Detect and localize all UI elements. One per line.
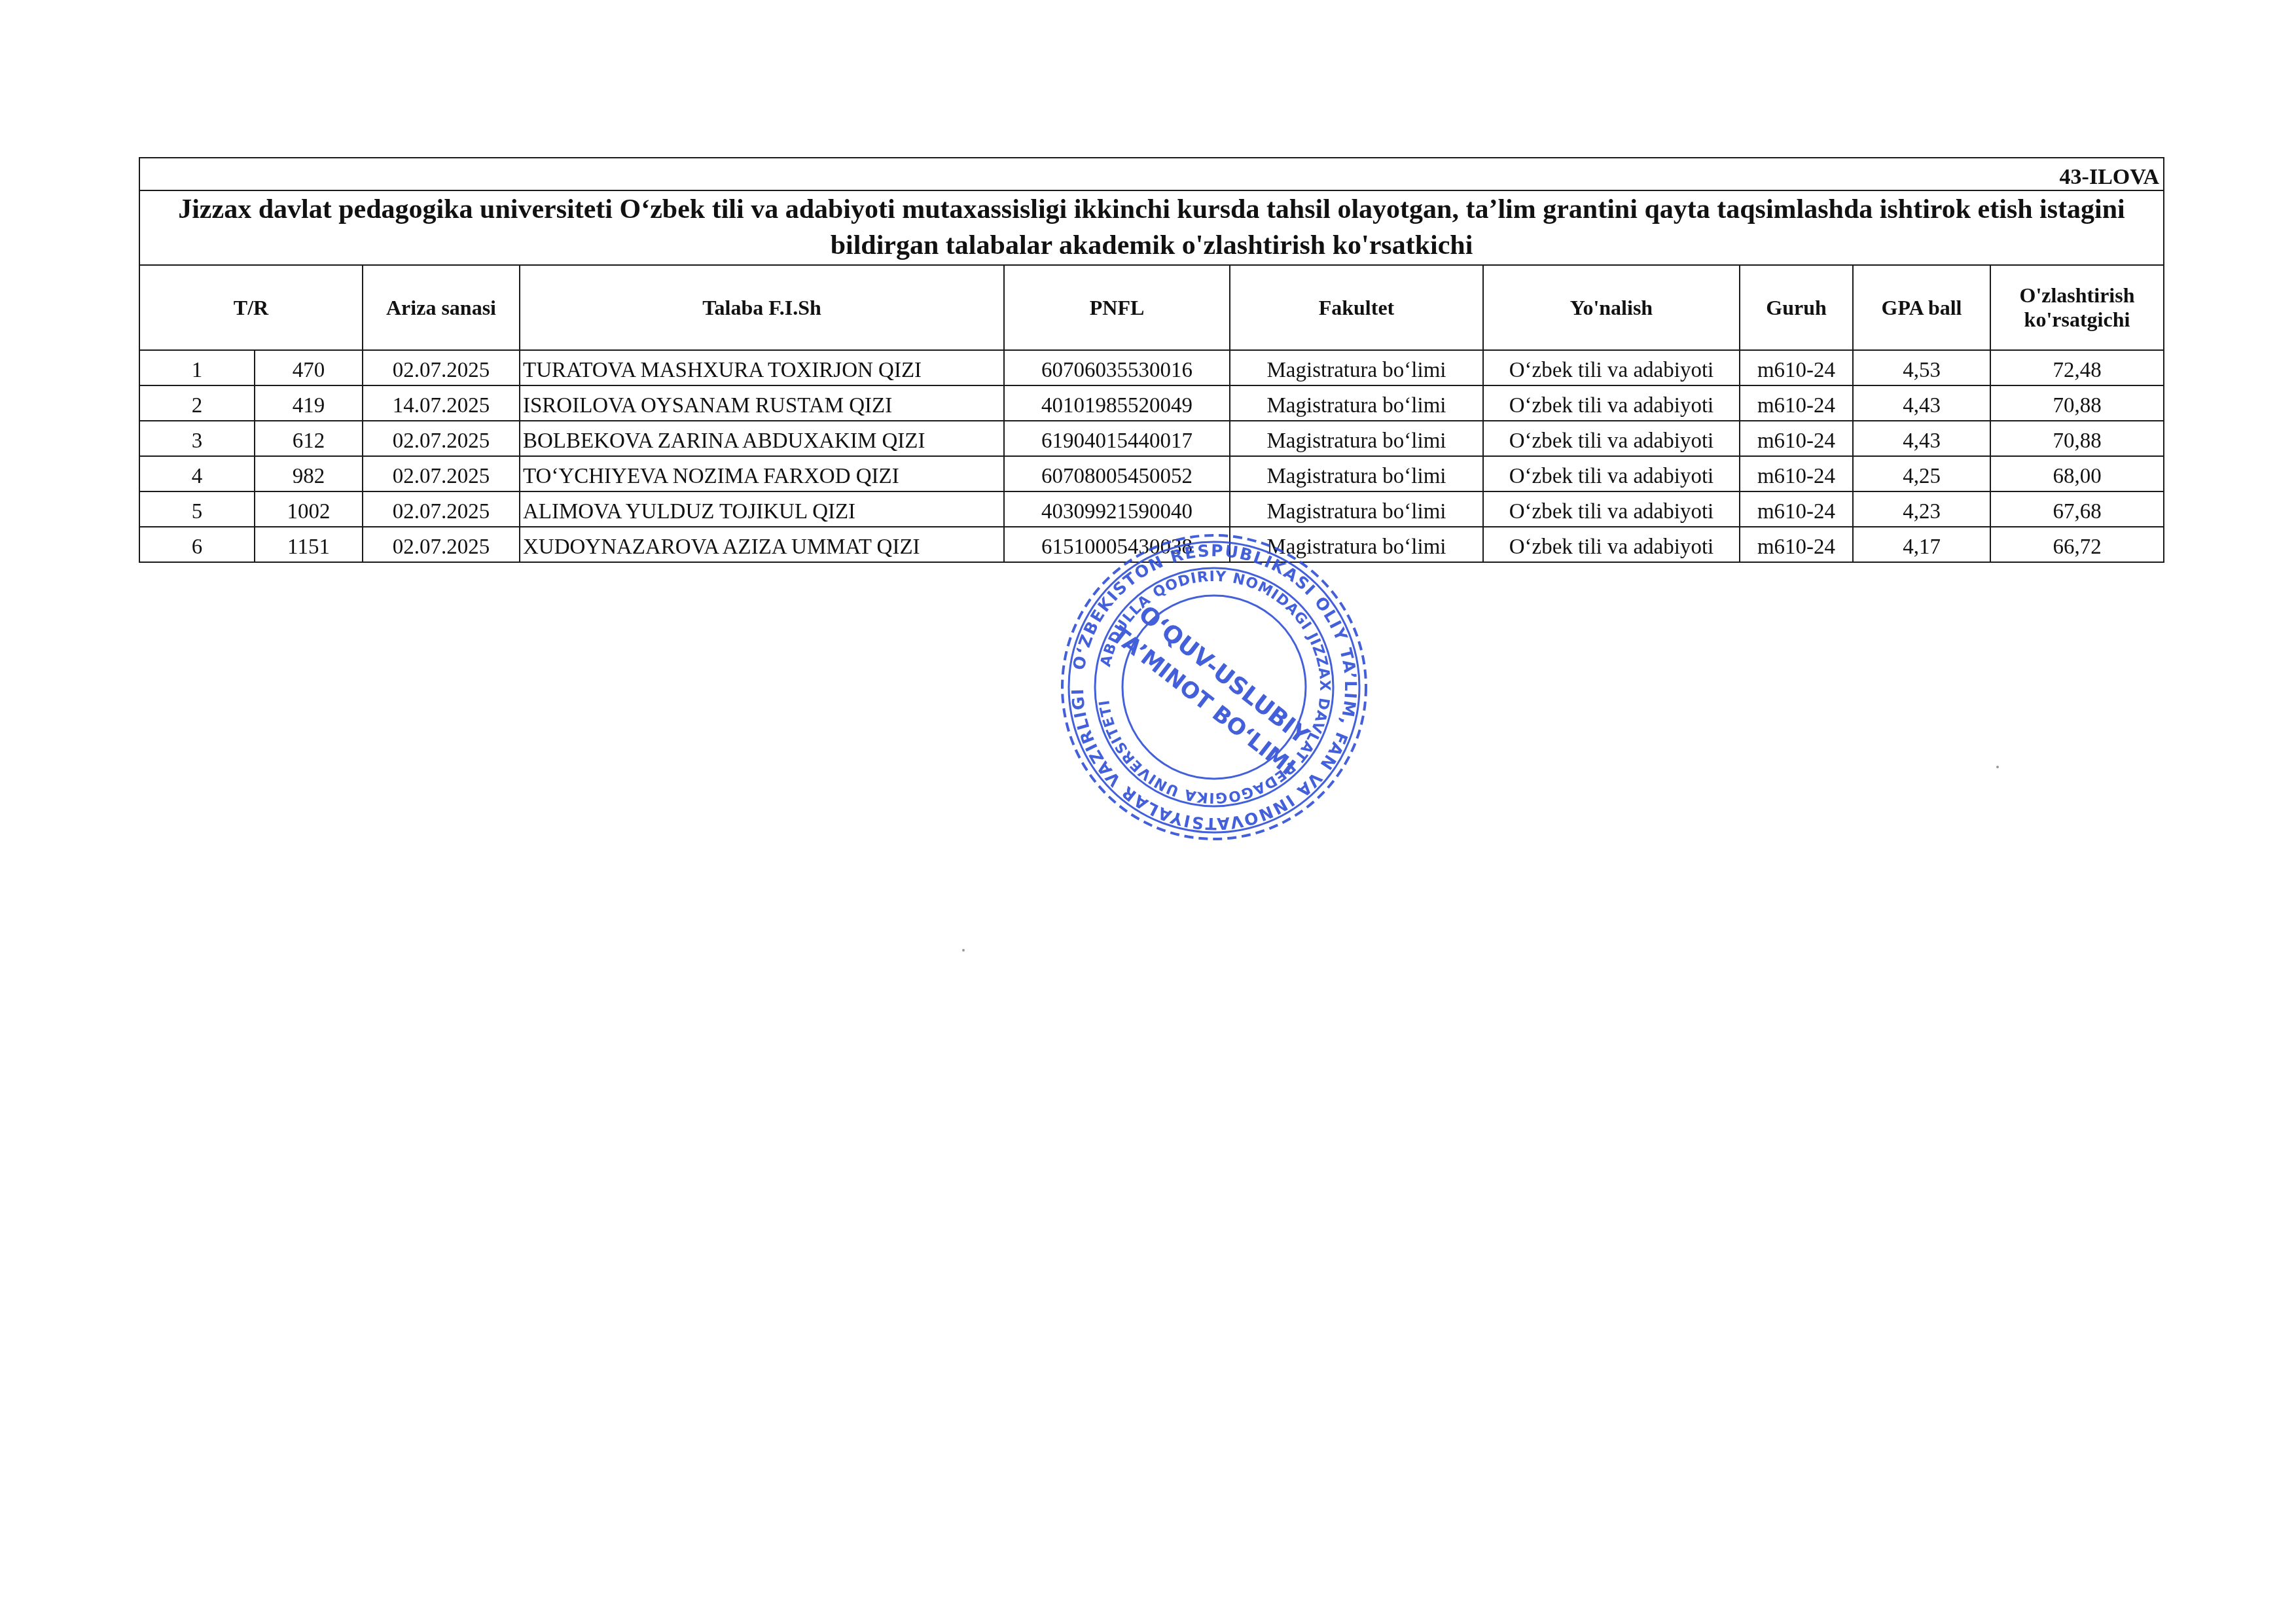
- mastery-score: 70,88: [1990, 385, 2164, 421]
- application-date: 02.07.2025: [363, 350, 520, 385]
- pnfl: 60708005450052: [1004, 456, 1230, 491]
- faculty: Magistratura bo‘limi: [1230, 421, 1483, 456]
- pnfl: 40309921590040: [1004, 491, 1230, 527]
- faculty: Magistratura bo‘limi: [1230, 491, 1483, 527]
- document-title: Jizzax davlat pedagogika universiteti O‘…: [139, 190, 2164, 265]
- gpa: 4,25: [1853, 456, 1990, 491]
- faculty: Magistratura bo‘limi: [1230, 350, 1483, 385]
- application-date: 02.07.2025: [363, 421, 520, 456]
- grant-redistribution-table: 43-ILOVA Jizzax davlat pedagogika univer…: [139, 157, 2164, 563]
- row-number: 6: [139, 527, 255, 562]
- table-row: 2 419 14.07.2025 ISROILOVA OYSANAM RUSTA…: [139, 385, 2164, 421]
- application-number: 470: [255, 350, 363, 385]
- application-date: 02.07.2025: [363, 491, 520, 527]
- student-name: XUDOYNAZAROVA AZIZA UMMAT QIZI: [520, 527, 1004, 562]
- header-date: Ariza sanasi: [363, 265, 520, 350]
- faculty: Magistratura bo‘limi: [1230, 456, 1483, 491]
- group: m610-24: [1740, 385, 1853, 421]
- header-group: Guruh: [1740, 265, 1853, 350]
- gpa: 4,23: [1853, 491, 1990, 527]
- mastery-score: 68,00: [1990, 456, 2164, 491]
- direction: O‘zbek tili va adabiyoti: [1483, 527, 1740, 562]
- direction: O‘zbek tili va adabiyoti: [1483, 421, 1740, 456]
- table-row: 1 470 02.07.2025 TURATOVA MASHXURA TOXIR…: [139, 350, 2164, 385]
- application-number: 419: [255, 385, 363, 421]
- row-number: 1: [139, 350, 255, 385]
- official-stamp: O‘ZBEKISTON RESPUBLIKASI OLIY TA’LIM, FA…: [1057, 530, 1371, 844]
- row-number: 2: [139, 385, 255, 421]
- group: m610-24: [1740, 491, 1853, 527]
- student-name: BOLBEKOVA ZARINA ABDUXAKIM QIZI: [520, 421, 1004, 456]
- row-number: 3: [139, 421, 255, 456]
- header-direction: Yo'nalish: [1483, 265, 1740, 350]
- header-pnfl: PNFL: [1004, 265, 1230, 350]
- gpa: 4,17: [1853, 527, 1990, 562]
- annex-label: 43-ILOVA: [139, 158, 2164, 190]
- header-tr: T/R: [139, 265, 363, 350]
- application-number: 982: [255, 456, 363, 491]
- annex-row: 43-ILOVA: [139, 158, 2164, 190]
- student-name: TO‘YCHIYEVA NOZIMA FARXOD QIZI: [520, 456, 1004, 491]
- scan-speck: [1996, 766, 1999, 768]
- direction: O‘zbek tili va adabiyoti: [1483, 491, 1740, 527]
- application-number: 612: [255, 421, 363, 456]
- title-row: Jizzax davlat pedagogika universiteti O‘…: [139, 190, 2164, 265]
- gpa: 4,43: [1853, 421, 1990, 456]
- direction: O‘zbek tili va adabiyoti: [1483, 456, 1740, 491]
- mastery-score: 70,88: [1990, 421, 2164, 456]
- svg-text:ABDULLA QODIRIY NOMIDAGI JIZZA: ABDULLA QODIRIY NOMIDAGI JIZZAX DAVLAT P…: [1096, 569, 1333, 806]
- row-number: 4: [139, 456, 255, 491]
- table-row: 5 1002 02.07.2025 ALIMOVA YULDUZ TOJIKUL…: [139, 491, 2164, 527]
- direction: O‘zbek tili va adabiyoti: [1483, 350, 1740, 385]
- group: m610-24: [1740, 527, 1853, 562]
- table-row: 4 982 02.07.2025 TO‘YCHIYEVA NOZIMA FARX…: [139, 456, 2164, 491]
- header-row: T/R Ariza sanasi Talaba F.I.Sh PNFL Faku…: [139, 265, 2164, 350]
- header-score: O'zlashtirish ko'rsatgichi: [1990, 265, 2164, 350]
- pnfl: 60706035530016: [1004, 350, 1230, 385]
- student-name: ISROILOVA OYSANAM RUSTAM QIZI: [520, 385, 1004, 421]
- group: m610-24: [1740, 421, 1853, 456]
- pnfl: 61904015440017: [1004, 421, 1230, 456]
- group: m610-24: [1740, 350, 1853, 385]
- application-number: 1151: [255, 527, 363, 562]
- header-gpa: GPA ball: [1853, 265, 1990, 350]
- row-number: 5: [139, 491, 255, 527]
- gpa: 4,43: [1853, 385, 1990, 421]
- header-student: Talaba F.I.Sh: [520, 265, 1004, 350]
- application-date: 02.07.2025: [363, 527, 520, 562]
- pnfl: 40101985520049: [1004, 385, 1230, 421]
- scan-speck: [962, 949, 965, 952]
- stamp-seal-icon: O‘ZBEKISTON RESPUBLIKASI OLIY TA’LIM, FA…: [1057, 530, 1371, 844]
- student-name: TURATOVA MASHXURA TOXIRJON QIZI: [520, 350, 1004, 385]
- group: m610-24: [1740, 456, 1853, 491]
- direction: O‘zbek tili va adabiyoti: [1483, 385, 1740, 421]
- gpa: 4,53: [1853, 350, 1990, 385]
- faculty: Magistratura bo‘limi: [1230, 385, 1483, 421]
- mastery-score: 72,48: [1990, 350, 2164, 385]
- mastery-score: 67,68: [1990, 491, 2164, 527]
- application-date: 02.07.2025: [363, 456, 520, 491]
- application-number: 1002: [255, 491, 363, 527]
- header-faculty: Fakultet: [1230, 265, 1483, 350]
- table-row: 3 612 02.07.2025 BOLBEKOVA ZARINA ABDUXA…: [139, 421, 2164, 456]
- mastery-score: 66,72: [1990, 527, 2164, 562]
- student-name: ALIMOVA YULDUZ TOJIKUL QIZI: [520, 491, 1004, 527]
- application-date: 14.07.2025: [363, 385, 520, 421]
- stamp-inner-text: ABDULLA QODIRIY NOMIDAGI JIZZAX DAVLAT P…: [1096, 569, 1333, 806]
